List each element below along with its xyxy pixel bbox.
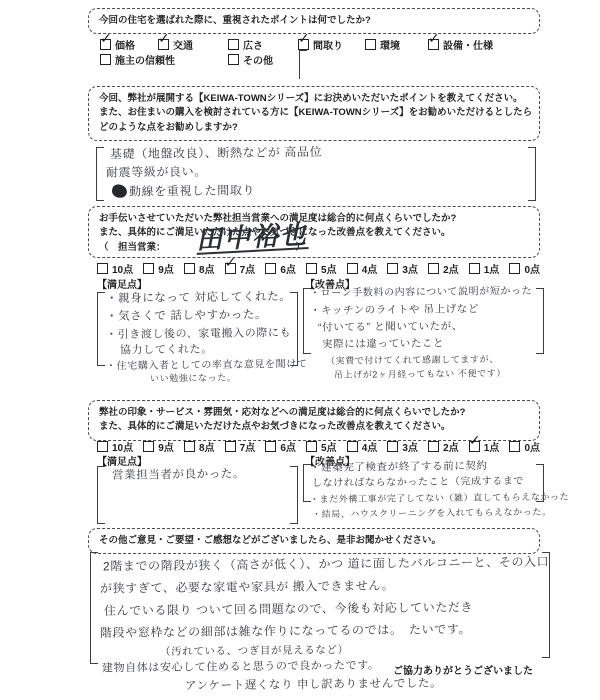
q3-score-8: 8点 <box>184 261 215 276</box>
q4-imp-line: ・結局、ハウスクリーニングを入れてもらえなかった。 <box>312 508 552 520</box>
q4-score-1: 1点 <box>469 439 500 454</box>
score-checkbox <box>225 263 236 274</box>
score-checkbox <box>469 263 480 274</box>
question-box-3: お手伝いさせていただいた弊社担当営業への満足度は総合的に何点くらいでしたか? ま… <box>88 206 540 258</box>
q3-sat-line: 協力してくれた。 <box>120 345 213 357</box>
score-checkbox <box>143 263 154 274</box>
q2-handwritten-line: 基礎（地盤改良）、断熱などが 高品位 <box>110 146 322 160</box>
score-checkbox <box>347 263 358 274</box>
q2-question-line: どのような点をお勧めしますか? <box>99 121 529 135</box>
score-checkbox <box>97 441 108 452</box>
question-box-2: 今回、弊社が展開する【KEIWA-TOWNシリーズ】にお決めいただいたポイントを… <box>88 86 540 141</box>
score-checkbox <box>184 441 195 452</box>
score-checkbox <box>428 441 439 452</box>
q4-score-6: 6点 <box>265 439 296 454</box>
question-box-5: その他ご意見・ご要望・ご感想などがございましたら、是非お聞かせください。 <box>88 528 540 554</box>
q4-score-3: 3点 <box>387 439 418 454</box>
q4-sat-bracket-right <box>290 466 298 524</box>
option-owner-trust: 施主の信頼性 <box>100 52 175 67</box>
q3-sat-line: ・住宅購入者としての率直な意見を聞けて <box>106 360 307 372</box>
q5-bracket-left <box>90 552 98 664</box>
q3-imp-line: “付いてる” と聞いていたが、 <box>318 321 463 333</box>
q4-score-2: 2点 <box>428 439 459 454</box>
score-checkbox <box>469 441 480 452</box>
q3-imp-line: 実際には違っていたこと <box>322 338 444 350</box>
q4-score-10: 10点 <box>97 439 133 454</box>
q3-score-7: 7点 <box>225 261 256 276</box>
checkbox-environment <box>365 39 376 50</box>
q3-imp-line: 吊上げが2ヶ月経ってもない 不便です） <box>334 369 506 380</box>
stray-handwritten-bracket <box>299 50 307 79</box>
option-size: 広さ <box>228 37 263 52</box>
q3-imp-bracket-right <box>536 288 544 354</box>
q5-line: が狭すぎて、必要な家電や家具が 搬入できません。 <box>100 579 394 594</box>
q3-score-4: 4点 <box>347 261 378 276</box>
q2-question-line: 今回、弊社が展開する【KEIWA-TOWNシリーズ】にお決めいただいたポイントを… <box>99 92 529 106</box>
q2-handwritten-line: 耐震等級が良い。 <box>106 165 207 178</box>
q2-question-line: また、お住まいの購入を検討されている方に【KEIWA-TOWNシリーズ】をお勧め… <box>99 106 529 120</box>
checkbox-size <box>228 39 239 50</box>
q3-score-5: 5点 <box>306 261 337 276</box>
q2-handwritten-line: 動線を重視した間取り <box>112 183 255 197</box>
q5-line: 建物自体は安心して住めると思うので良かったです。 <box>102 661 380 675</box>
q3-sat-line: ・親身になって 対応してくれた。 <box>106 292 291 305</box>
q3-sat-bracket-left <box>97 292 105 366</box>
q3-score-10: 10点 <box>97 261 133 276</box>
option-transport: 交通 <box>158 37 193 52</box>
q3-score-2: 2点 <box>428 261 459 276</box>
score-checkbox <box>509 441 520 452</box>
q5-line: 住んでいる限り ついて回る問題なので、今後も対応していただき <box>104 601 473 617</box>
answer-bracket-right <box>528 147 536 201</box>
q3-sat-line: いい勉強になった。 <box>150 374 236 384</box>
q4-imp-line: ・まだ外構工事が完了してない（雑）直してもらえなかった <box>310 493 569 505</box>
score-checkbox <box>265 263 276 274</box>
checkbox-price <box>100 39 111 50</box>
q4-score-4: 4点 <box>347 439 378 454</box>
score-checkbox <box>184 263 195 274</box>
option-equipment: 設備・仕様 <box>428 37 493 52</box>
q3-score-3: 3点 <box>387 261 418 276</box>
q4-sat-line: 営業担当者が良かった。 <box>112 469 245 482</box>
q3-question-line: また、具体的にご満足いただけた点やお気づきになった改善点を教えてください。 <box>99 226 529 240</box>
q4-score-0: 0点 <box>509 439 540 454</box>
score-checkbox <box>306 441 317 452</box>
q3-question-line: お手伝いさせていただいた弊社担当営業への満足度は総合的に何点くらいでしたか? <box>99 212 529 226</box>
q5-line: （汚れている、つぎ目が見えるなど） <box>160 645 349 657</box>
score-checkbox <box>97 263 108 274</box>
question-box-1: 今回の住宅を選ばれた際に、重視されたポイントは何でしたか? <box>88 8 540 34</box>
score-checkbox <box>265 441 276 452</box>
checkbox-layout <box>298 39 309 50</box>
checkbox-other <box>228 54 239 65</box>
q5-line: 階段や窓枠などの細部は雑な作りになってるのでは。 たいです。 <box>100 623 471 639</box>
option-price: 価格 <box>100 37 135 52</box>
q4-question-line: 弊社の印象・サービス・雰囲気・応対などへの満足度は総合的に何点くらいでしたか? <box>99 406 529 420</box>
scribble-mark <box>111 183 128 199</box>
q4-score-9: 9点 <box>143 439 174 454</box>
printed-thanks-note: ご協力ありがとうございました <box>393 662 533 677</box>
q1-question: 今回の住宅を選ばれた際に、重視されたポイントは何でしたか? <box>99 14 529 28</box>
q4-sat-bracket-left <box>97 466 105 524</box>
score-checkbox <box>387 263 398 274</box>
q4-score-5: 5点 <box>306 439 337 454</box>
q3-imp-line: ・ローン手数料の内容について説明が短かった <box>310 287 532 299</box>
q3-score-0: 0点 <box>509 261 540 276</box>
score-checkbox <box>428 263 439 274</box>
option-other: その他 <box>228 52 273 67</box>
score-checkbox <box>347 441 358 452</box>
score-checkbox <box>387 441 398 452</box>
checkbox-transport <box>158 39 169 50</box>
score-checkbox <box>509 263 520 274</box>
q3-sat-line: ・気さくで 話しやすかった。 <box>106 310 267 323</box>
checkbox-owner-trust <box>100 54 111 65</box>
checkbox-equipment <box>428 39 439 50</box>
q3-score-row: 10点 9点 8点 7点 6点 5点 4点 3点 2点 1点 0点 <box>97 261 540 276</box>
scanned-survey-form: 今回の住宅を選ばれた際に、重視されたポイントは何でしたか? 価格 交通 広さ 間… <box>0 0 600 700</box>
q5-question: その他ご意見・ご要望・ご感想などがございましたら、是非お聞かせください。 <box>99 534 529 548</box>
q3-sat-line: ・引き渡し後の、家電搬入の際にも <box>106 328 291 341</box>
q3-score-1: 1点 <box>469 261 500 276</box>
q4-imp-line: しなければならなかったこと（完成するまで <box>312 477 524 489</box>
handwritten-rep-name: 田中裕也 <box>195 221 308 255</box>
q4-score-row: 10点 9点 8点 7点 6点 5点 4点 3点 2点 1点 0点 <box>97 439 540 454</box>
q3-imp-line: ・キッチンのライトや 吊上げなど <box>310 304 479 316</box>
q5-line: アンケート遅くなり 申し訳ありませんでした。 <box>185 679 442 693</box>
q5-line: 2階までの階段が狭く（高さが低く）、かつ 道に面したバルコニーと、その入口 <box>103 556 549 573</box>
score-checkbox <box>225 441 236 452</box>
q3-satisfaction-title: 【満足点】 <box>97 276 147 291</box>
score-checkbox <box>143 441 154 452</box>
score-checkbox <box>306 263 317 274</box>
answer-bracket-left <box>96 147 104 201</box>
q4-score-8: 8点 <box>184 439 215 454</box>
option-environment: 環境 <box>365 37 400 52</box>
q3-rep-line: （ 担当営業：） <box>99 241 529 255</box>
q4-imp-line: ・建築完了検査が終了する前に契約 <box>310 461 488 473</box>
q4-score-7: 7点 <box>225 439 256 454</box>
q3-score-6: 6点 <box>265 261 296 276</box>
q3-imp-line: （実費で付けてくれて感謝してますが、 <box>326 355 499 366</box>
q4-question-line: また、具体的にご満足いただけた点やお気づきになった改善点を教えてください。 <box>99 420 529 434</box>
q3-score-9: 9点 <box>143 261 174 276</box>
